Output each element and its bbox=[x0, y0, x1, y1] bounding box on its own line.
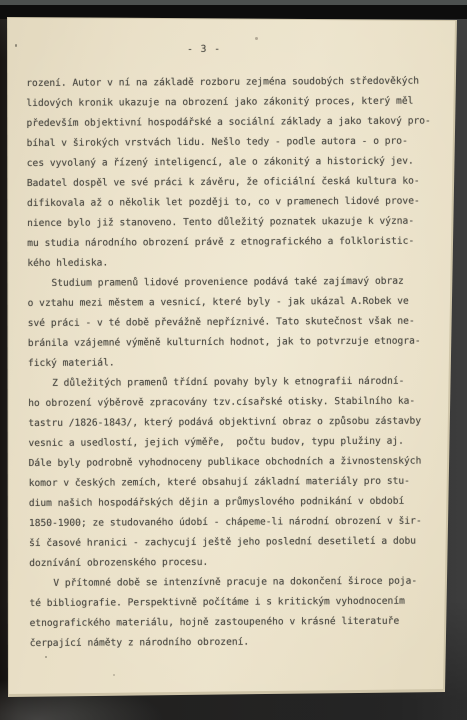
scanned-page: - 3 - rození. Autor v ní na základě rozb… bbox=[0, 0, 467, 720]
text-line: Badatel dospěl ve své práci k závěru, že… bbox=[27, 171, 439, 194]
text-line: tastru /1826-1843/, který podává objekti… bbox=[28, 411, 440, 434]
text-line: bránila vzájemné výměně kulturních hodno… bbox=[28, 331, 440, 354]
text-line: ces vyvolaný a řízený inteligencí, ale o… bbox=[27, 151, 439, 174]
text-line: doznívání obrozenského procesu. bbox=[29, 551, 441, 574]
text-line: Dále byly podrobně vyhodnoceny publikace… bbox=[29, 451, 441, 474]
text-line: čerpající náměty z národního obrození. bbox=[30, 631, 442, 654]
text-line: Z důležitých pramenů třídní povahy byly … bbox=[28, 371, 440, 394]
text-line: kého hlediska. bbox=[27, 251, 439, 274]
text-line: ho obrození výběrově zpracovány tzv.císa… bbox=[28, 391, 440, 414]
text-line: V přítomné době se intenzívně pracuje na… bbox=[29, 571, 441, 594]
paper-speck bbox=[15, 44, 17, 47]
page-number: - 3 - bbox=[0, 39, 410, 62]
page-content: - 3 - rození. Autor v ní na základě rozb… bbox=[26, 38, 442, 654]
text-line: ší časové hranici - zachycují ještě jeho… bbox=[29, 531, 441, 554]
text-line: rození. Autor v ní na základě rozboru ze… bbox=[26, 71, 438, 94]
text-line: lidových kronik ukazuje na obrození jako… bbox=[26, 91, 438, 114]
text-line: komor v českých zemích, které obsahují z… bbox=[29, 471, 441, 494]
page-text: rození. Autor v ní na základě rozboru ze… bbox=[26, 71, 442, 654]
text-line: 1850-1900; ze studovaného údobí - chápem… bbox=[29, 511, 441, 534]
text-line: Studium pramenů lidové provenience podáv… bbox=[27, 271, 439, 294]
text-line: etnografického materiálu, hojně zastoupe… bbox=[30, 611, 442, 634]
paper-speck bbox=[255, 37, 258, 40]
text-line: své práci - v té době převážně nepřízniv… bbox=[28, 311, 440, 334]
text-line: mu studia národního obrození právě z etn… bbox=[27, 231, 439, 254]
text-line: fický materiál. bbox=[28, 351, 440, 374]
text-line: té bibliografie. Perspektivně počítáme i… bbox=[29, 591, 441, 614]
text-line: především objektivní hospodářské a sociá… bbox=[26, 111, 438, 134]
text-line: difikovala až o několik let později to, … bbox=[27, 191, 439, 214]
paper-speck bbox=[45, 656, 47, 658]
text-line: o vztahu mezi městem a vesnicí, které by… bbox=[28, 291, 440, 314]
text-line: bíhal v širokých vrstvách lidu. Nešlo te… bbox=[27, 131, 439, 154]
scanned-document-view: { "colors": { "paper": "#e9dfc6", "paper… bbox=[0, 0, 467, 720]
text-line: dium našich hospodářských dějin a průmys… bbox=[29, 491, 441, 514]
text-line: nience bylo již stanoveno. Tento důležit… bbox=[27, 211, 439, 234]
text-line: vesnic a usedlostí, jejich výměře, počtu… bbox=[28, 431, 440, 454]
scanner-edge-top-dark bbox=[0, 5, 467, 19]
paper-speck bbox=[113, 674, 115, 676]
